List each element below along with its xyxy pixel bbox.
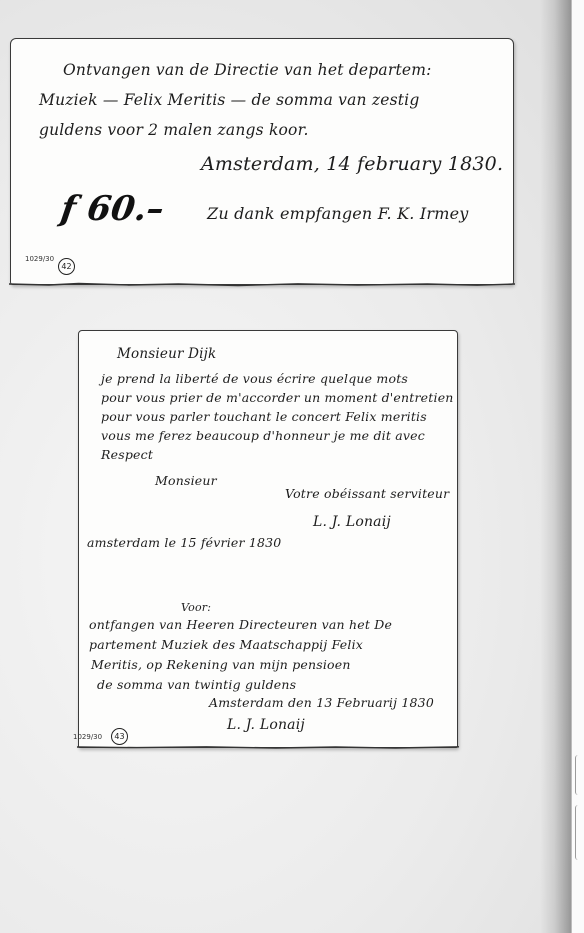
receipt-place-date: Amsterdam den 13 Februarij 1830 (209, 695, 434, 710)
receipt-line-1: ontfangen van Heeren Directeuren van het… (89, 617, 392, 632)
torn-edge (77, 745, 459, 750)
letter-card-43: Monsieur Dijk je prend la liberté de vou… (78, 330, 458, 748)
receipt-place-date: Amsterdam, 14 february 1830. (201, 153, 503, 175)
letter-place-date: amsterdam le 15 février 1830 (87, 535, 281, 550)
receipt-amount: f 60.– (58, 189, 166, 229)
binding-shadow (540, 0, 572, 933)
receipt-line-2: partement Muziek des Maatschappij Felix (89, 637, 363, 652)
receipt-signature: L. J. Lonaij (227, 717, 305, 733)
receipt-line-3: guldens voor 2 malen zangs koor. (39, 121, 309, 139)
receipt-signature: Zu dank empfangen F. K. Irmey (207, 204, 468, 223)
receipt-heading: Voor: (181, 601, 211, 614)
archive-reference: 1029/30 (73, 733, 102, 741)
binding-mark (575, 755, 581, 795)
folio-number: 42 (58, 258, 75, 275)
letter-closing: Monsieur (155, 473, 217, 488)
binding-mark (575, 805, 581, 860)
letter-body-line-2: pour vous prier de m'accorder un moment … (101, 390, 454, 405)
receipt-line-1: Ontvangen van de Directie van het depart… (63, 61, 432, 79)
receipt-card-42: Ontvangen van de Directie van het depart… (10, 38, 514, 285)
torn-edge (9, 282, 515, 287)
letter-valediction: Votre obéissant serviteur (285, 486, 449, 501)
letter-salutation: Monsieur Dijk (117, 346, 216, 362)
letter-signature: L. J. Lonaij (313, 514, 391, 530)
scanned-page: Ontvangen van de Directie van het depart… (0, 0, 584, 933)
letter-body-line-4: vous me ferez beaucoup d'honneur je me d… (101, 428, 425, 443)
folio-number: 43 (111, 728, 128, 745)
receipt-line-3: Meritis, op Rekening van mijn pensioen (91, 657, 351, 672)
letter-body-line-5: Respect (101, 447, 153, 462)
letter-body-line-1: je prend la liberté de vous écrire quelq… (101, 371, 408, 386)
letter-body-line-3: pour vous parler touchant le concert Fel… (101, 409, 427, 424)
receipt-line-2: Muziek — Felix Meritis — de somma van ze… (39, 91, 419, 109)
archive-reference: 1029/30 (25, 255, 54, 263)
receipt-line-4: de somma van twintig guldens (97, 677, 296, 692)
